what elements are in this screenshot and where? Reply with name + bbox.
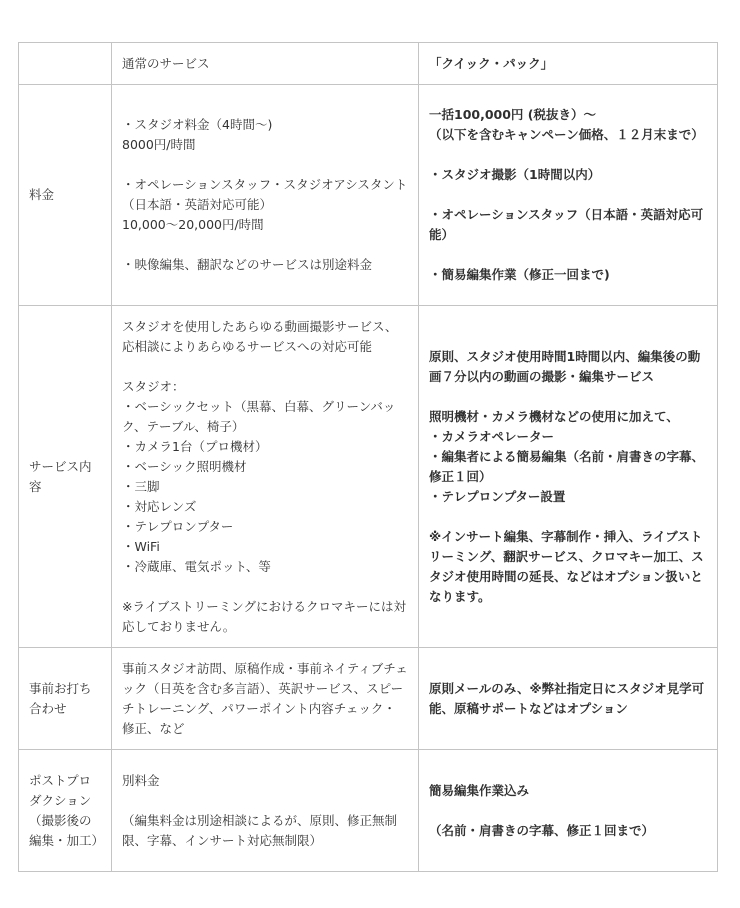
header-blank-cell (19, 43, 112, 85)
cell-text-line: ※インサート編集、字幕制作・挿入、ライブストリーミング、翻訳サービス、クロマキー… (429, 527, 707, 607)
cell-text-line: 別料金 (122, 771, 408, 791)
prep-quick-cell: 原則メールのみ、※弊社指定日にスタジオ見学可能、原稿サポートなどはオプション (419, 648, 718, 750)
row-label-price: 料金 (19, 85, 112, 306)
cell-text-line (429, 801, 707, 821)
price-normal-cell: ・スタジオ料金（4時間〜)8000円/時間・オペレーションスタッフ・スタジオアシ… (112, 85, 419, 306)
post-quick-cell: 簡易編集作業込み（名前・肩書きの字幕、修正１回まで） (419, 750, 718, 872)
cell-text-line: ・冷蔵庫、電気ポット、等 (122, 557, 408, 577)
table-row-service: サービス内容 スタジオを使用したあらゆる動画撮影サービス、応相談によりあらゆるサ… (19, 306, 718, 648)
cell-text-line (122, 577, 408, 597)
cell-text-line (429, 387, 707, 407)
cell-text-line: 事前スタジオ訪問、原稿作成・事前ネイティブチェック（日英を含む多言語）、英訳サー… (122, 659, 408, 739)
header-quick-pack: 「クイック・パック」 (419, 43, 718, 85)
header-normal-service: 通常のサービス (112, 43, 419, 85)
cell-text-line: 照明機材・カメラ機材などの使用に加えて、 (429, 407, 707, 427)
cell-text-line (122, 235, 408, 255)
table-header-row: 通常のサービス 「クイック・パック」 (19, 43, 718, 85)
cell-text-line: 10,000〜20,000円/時間 (122, 215, 408, 235)
row-label-post: ポストプロダクション（撮影後の編集・加工） (19, 750, 112, 872)
cell-text-line: ※ライブストリーミングにおけるクロマキーには対応しておりません。 (122, 597, 408, 637)
cell-text-line: 原則メールのみ、※弊社指定日にスタジオ見学可能、原稿サポートなどはオプション (429, 679, 707, 719)
cell-text-line (122, 357, 408, 377)
cell-text-line (429, 185, 707, 205)
table-row-price: 料金 ・スタジオ料金（4時間〜)8000円/時間・オペレーションスタッフ・スタジ… (19, 85, 718, 306)
cell-text-line: ・三脚 (122, 477, 408, 497)
cell-text-line: ・カメラオペレーター (429, 427, 707, 447)
cell-text-line: ・編集者による簡易編集（名前・肩書きの字幕、修正１回） (429, 447, 707, 487)
service-quick-cell: 原則、スタジオ使用時間1時間以内、編集後の動画７分以内の動画の撮影・編集サービス… (419, 306, 718, 648)
cell-text-line: 一括100,000円 (税抜き）〜 (429, 105, 707, 125)
cell-text-line: 8000円/時間 (122, 135, 408, 155)
cell-text-line (122, 791, 408, 811)
cell-text-line: ・カメラ1台（プロ機材） (122, 437, 408, 457)
cell-text-line (429, 245, 707, 265)
cell-text-line (122, 155, 408, 175)
cell-text-line: ・映像編集、翻訳などのサービスは別途料金 (122, 255, 408, 275)
post-normal-cell: 別料金（編集料金は別途相談によるが、原則、修正無制限、字幕、インサート対応無制限… (112, 750, 419, 872)
cell-text-line: ・テレプロンプター (122, 517, 408, 537)
cell-text-line: （編集料金は別途相談によるが、原則、修正無制限、字幕、インサート対応無制限） (122, 811, 408, 851)
cell-text-line: ・オペレーションスタッフ・スタジオアシスタント（日本語・英語対応可能） (122, 175, 408, 215)
cell-text-line (429, 507, 707, 527)
cell-text-line: ・スタジオ撮影（1時間以内） (429, 165, 707, 185)
service-normal-cell: スタジオを使用したあらゆる動画撮影サービス、応相談によりあらゆるサービスへの対応… (112, 306, 419, 648)
table-row-prep: 事前お打ち合わせ 事前スタジオ訪問、原稿作成・事前ネイティブチェック（日英を含む… (19, 648, 718, 750)
prep-normal-cell: 事前スタジオ訪問、原稿作成・事前ネイティブチェック（日英を含む多言語）、英訳サー… (112, 648, 419, 750)
cell-text-line: 簡易編集作業込み (429, 781, 707, 801)
cell-text-line: （以下を含むキャンペーン価格、１２月末まで） (429, 125, 707, 145)
cell-text-line: （名前・肩書きの字幕、修正１回まで） (429, 821, 707, 841)
cell-text-line: ・オペレーションスタッフ（日本語・英語対応可能） (429, 205, 707, 245)
cell-text-line: ・簡易編集作業（修正一回まで) (429, 265, 707, 285)
cell-text-line: ・スタジオ料金（4時間〜) (122, 115, 408, 135)
cell-text-line: ・ベーシックセット（黒幕、白幕、グリーンバック、テーブル、椅子） (122, 397, 408, 437)
cell-text-line: スタジオ： (122, 377, 408, 397)
service-comparison-table: 通常のサービス 「クイック・パック」 料金 ・スタジオ料金（4時間〜)8000円… (18, 42, 718, 872)
table-row-post: ポストプロダクション（撮影後の編集・加工） 別料金（編集料金は別途相談によるが、… (19, 750, 718, 872)
cell-text-line: ・テレプロンプター設置 (429, 487, 707, 507)
cell-text-line (429, 145, 707, 165)
cell-text-line: ・対応レンズ (122, 497, 408, 517)
cell-text-line: 原則、スタジオ使用時間1時間以内、編集後の動画７分以内の動画の撮影・編集サービス (429, 347, 707, 387)
row-label-service: サービス内容 (19, 306, 112, 648)
cell-text-line: ・ベーシック照明機材 (122, 457, 408, 477)
cell-text-line: スタジオを使用したあらゆる動画撮影サービス、応相談によりあらゆるサービスへの対応… (122, 317, 408, 357)
price-quick-cell: 一括100,000円 (税抜き）〜（以下を含むキャンペーン価格、１２月末まで）・… (419, 85, 718, 306)
row-label-prep: 事前お打ち合わせ (19, 648, 112, 750)
cell-text-line: ・WiFi (122, 537, 408, 557)
